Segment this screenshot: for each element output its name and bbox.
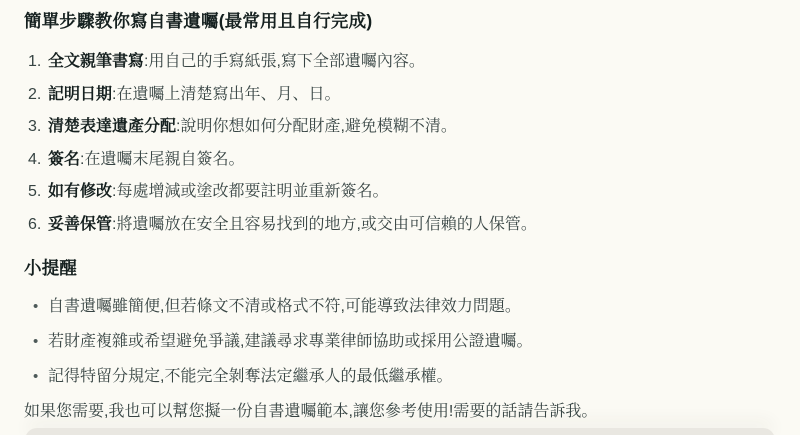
step-item: 4.簽名:在遺囑末尾親自簽名。 — [24, 146, 776, 174]
step-number: 5. — [28, 178, 48, 206]
step-text: :說明你想如何分配財產,避免模糊不清。 — [176, 118, 457, 135]
step-lead: 妥善保管 — [48, 216, 112, 233]
reminder-item: 記得特留分規定,不能完全剝奪法定繼承人的最低繼承權。 — [24, 363, 776, 391]
step-lead: 清楚表達遺產分配 — [48, 118, 176, 135]
reminder-item: 自書遺囑雖簡便,但若條文不清或格式不符,可能導致法律效力問題。 — [24, 293, 776, 321]
step-text: :將遺囑放在安全且容易找到的地方,或交由可信賴的人保管。 — [112, 216, 537, 233]
composer-input-bar[interactable] — [25, 428, 775, 435]
step-lead: 記明日期 — [48, 86, 112, 103]
step-number: 3. — [28, 113, 48, 141]
step-lead: 如有修改 — [48, 183, 112, 200]
reminder-item: 若財產複雜或希望避免爭議,建議尋求專業律師協助或採用公證遺囑。 — [24, 328, 776, 356]
step-lead: 全文親筆書寫 — [48, 53, 144, 70]
step-item: 6.妥善保管:將遺囑放在安全且容易找到的地方,或交由可信賴的人保管。 — [24, 211, 776, 239]
reminder-list: 自書遺囑雖簡便,但若條文不清或格式不符,可能導致法律效力問題。 若財產複雜或希望… — [24, 293, 776, 391]
step-text: :用自己的手寫紙張,寫下全部遺囑內容。 — [144, 53, 425, 70]
step-item: 3.清楚表達遺產分配:說明你想如何分配財產,避免模糊不清。 — [24, 113, 776, 141]
step-lead: 簽名 — [48, 151, 80, 168]
step-item: 5.如有修改:每處增減或塗改都要註明並重新簽名。 — [24, 178, 776, 206]
step-item: 1.全文親筆書寫:用自己的手寫紙張,寫下全部遺囑內容。 — [24, 48, 776, 76]
reminder-heading: 小提醒 — [24, 255, 776, 281]
step-text: :在遺囑末尾親自簽名。 — [80, 151, 244, 168]
step-number: 1. — [28, 48, 48, 76]
step-text: :在遺囑上清楚寫出年、月、日。 — [112, 86, 340, 103]
step-number: 4. — [28, 146, 48, 174]
steps-list: 1.全文親筆書寫:用自己的手寫紙張,寫下全部遺囑內容。 2.記明日期:在遺囑上清… — [24, 48, 776, 239]
step-item: 2.記明日期:在遺囑上清楚寫出年、月、日。 — [24, 81, 776, 109]
step-text: :每處增減或塗改都要註明並重新簽名。 — [112, 183, 388, 200]
step-number: 2. — [28, 81, 48, 109]
assistant-message: 簡單步驟教你寫自書遺囑(最常用且自行完成) 1.全文親筆書寫:用自己的手寫紙張,… — [0, 0, 800, 426]
steps-heading: 簡單步驟教你寫自書遺囑(最常用且自行完成) — [24, 8, 776, 34]
step-number: 6. — [28, 211, 48, 239]
closing-offer-text: 如果您需要,我也可以幫您擬一份自書遺囑範本,讓您參考使用!需要的話請告訴我。 — [24, 398, 776, 426]
